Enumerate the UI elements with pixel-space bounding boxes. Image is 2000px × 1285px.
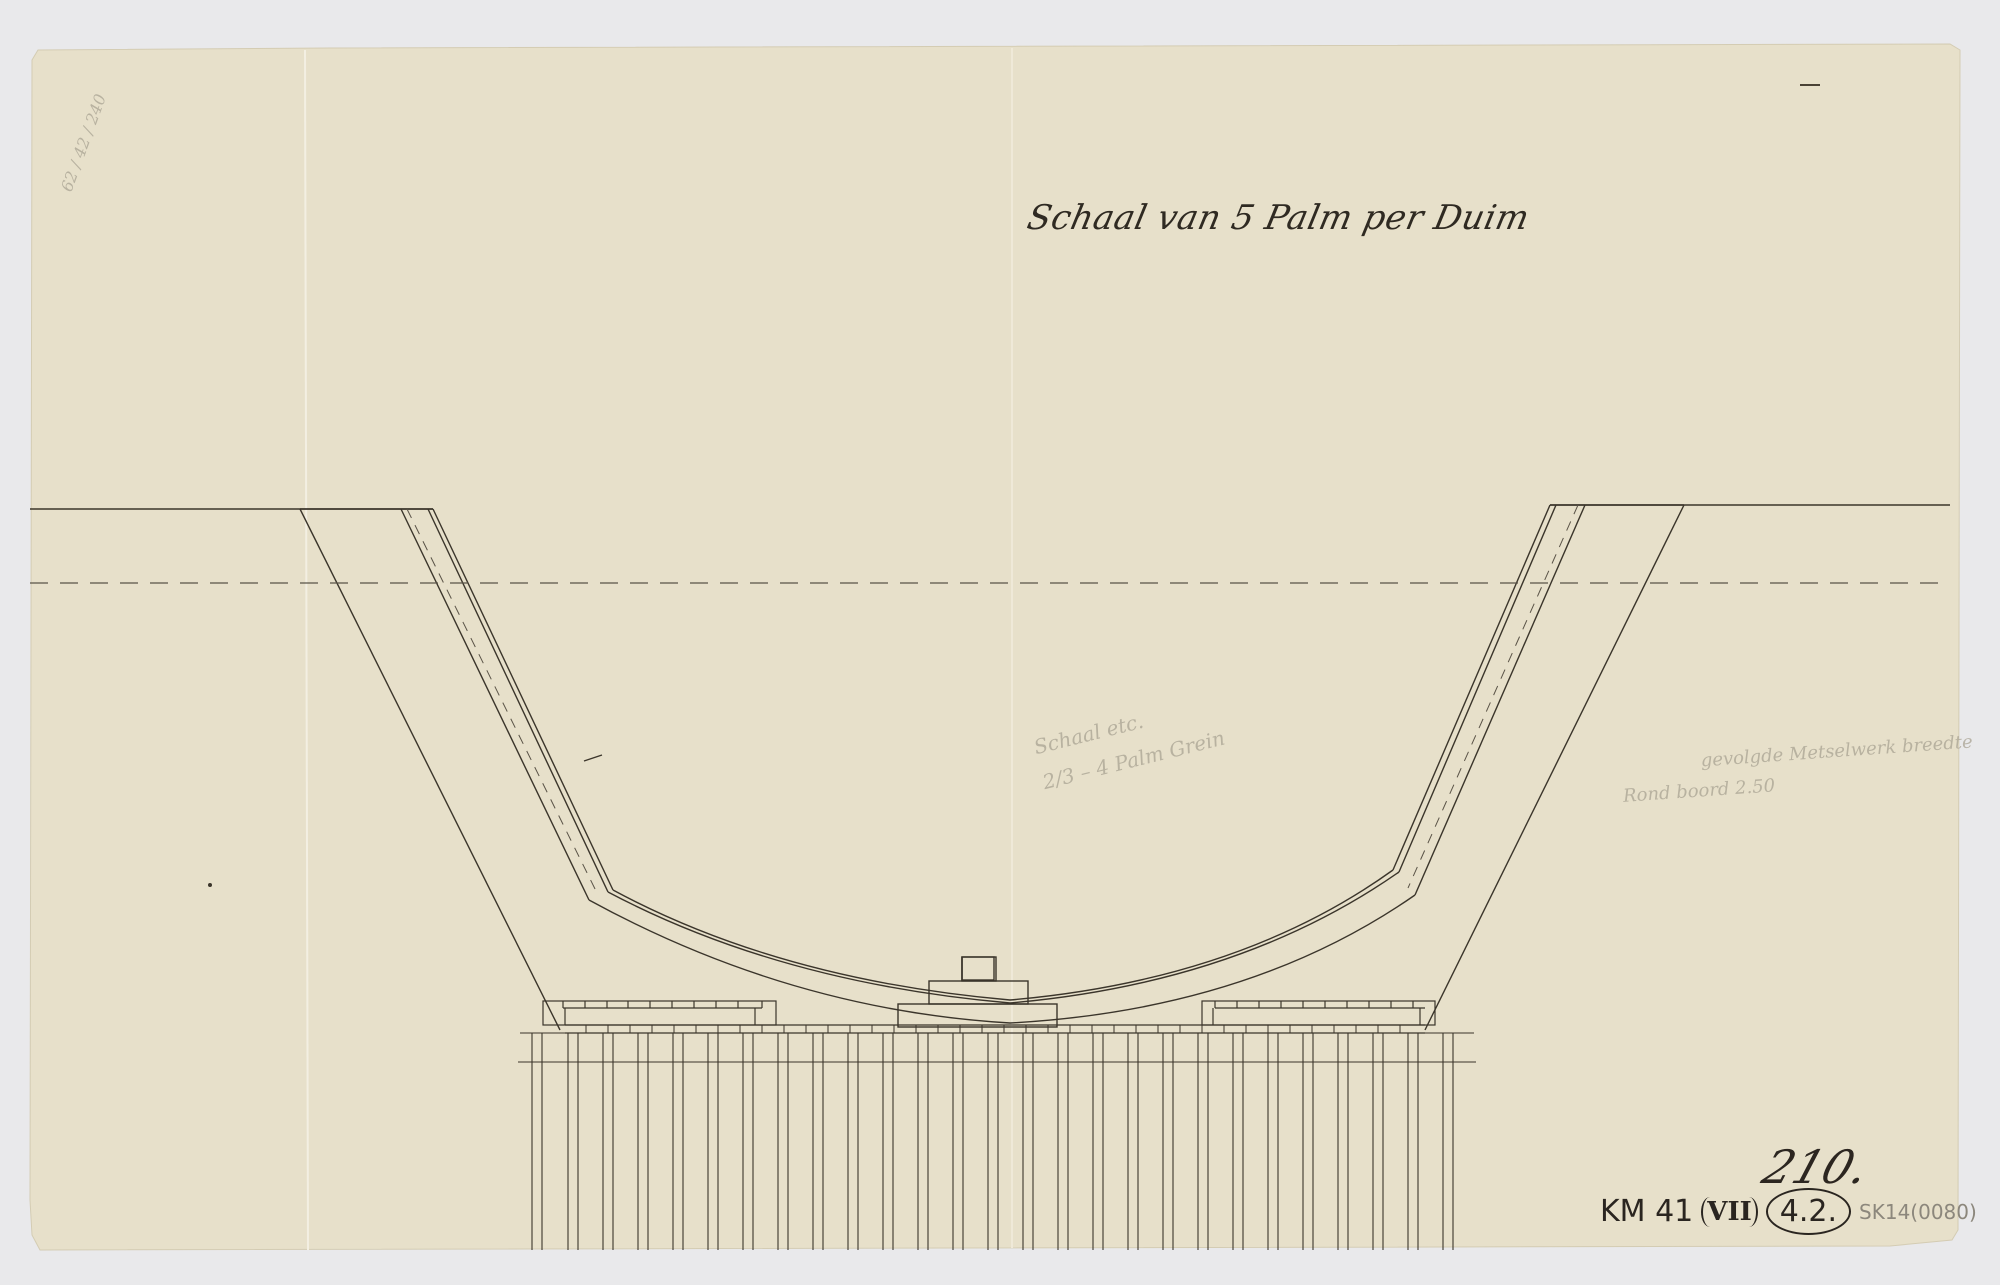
paper xyxy=(30,44,1960,1250)
scale-title: Schaal van 5 Palm per Duim xyxy=(1024,198,1533,238)
catalog-roman: VII xyxy=(1701,1197,1758,1227)
catalog-pencil-ref: SK14(0080) xyxy=(1859,1200,1977,1224)
catalog-circled-number: 4.2. xyxy=(1766,1188,1851,1235)
catalog-code: KM 41 xyxy=(1600,1194,1693,1229)
catalog-stamp: KM 41 VII 4.2. SK14(0080) xyxy=(1600,1188,1977,1235)
drawing-canvas xyxy=(0,0,2000,1285)
stray-dot xyxy=(208,883,212,887)
document-sheet: Schaal van 5 Palm per Duim Schaal etc. 2… xyxy=(0,0,2000,1285)
sheet-number: 210. xyxy=(1756,1140,1876,1194)
